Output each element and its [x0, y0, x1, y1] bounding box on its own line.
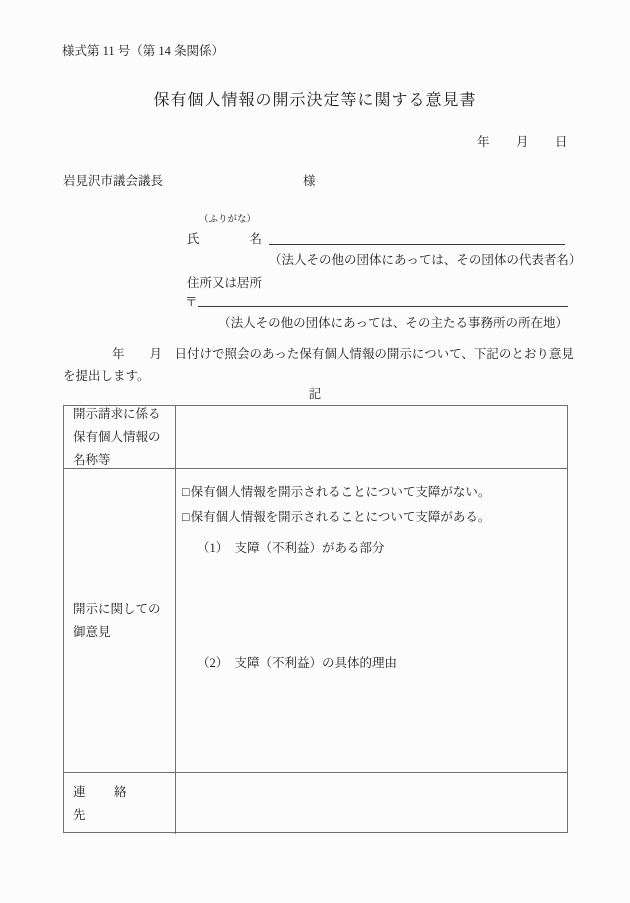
checkbox-objection-icon[interactable]: □: [182, 510, 190, 524]
statement-line2: を提出します。: [63, 366, 150, 384]
form-number: 様式第 11 号（第 14 条関係）: [62, 41, 224, 59]
name-label: 氏 名: [187, 229, 262, 247]
record-heading: 記: [0, 384, 630, 402]
name-note: （法人その他の団体にあっては、その団体の代表者名）: [269, 250, 581, 268]
checkbox-no-objection-icon[interactable]: □: [182, 485, 190, 499]
option-objection-label: 保有個人情報を開示されることについて支障がある。: [191, 510, 491, 524]
requested-info-input-cell[interactable]: [176, 406, 567, 469]
address-input-line[interactable]: [198, 293, 568, 307]
objection-part-heading: （1） 支障（不利益）がある部分: [197, 538, 385, 556]
option-no-objection-row: □保有個人情報を開示されることについて支障がない。: [182, 482, 490, 500]
statement-line1: 年 月 日付けで照会のあった保有個人情報の開示について、下記のとおり意見: [112, 344, 574, 362]
addressee-honorific: 様: [303, 171, 316, 189]
date-placeholder: 年 月 日: [477, 132, 568, 150]
opinion-content-cell: □保有個人情報を開示されることについて支障がない。 □保有個人情報を開示されるこ…: [176, 469, 567, 773]
address-label: 住所又は居所: [187, 273, 262, 291]
row-label-contact: 連 絡 先: [64, 773, 176, 834]
postal-mark: 〒: [185, 292, 198, 310]
page-title: 保有個人情報の開示決定等に関する意見書: [0, 87, 630, 110]
option-objection-row: □保有個人情報を開示されることについて支障がある。: [182, 507, 490, 525]
row-label-requested-info: 開示請求に係る保有個人情報の名称等: [64, 406, 176, 469]
contact-input-cell[interactable]: [176, 773, 567, 834]
name-input-line[interactable]: [269, 231, 565, 245]
row-label-opinion: 開示に関しての御意見: [64, 469, 176, 773]
addressee-row: 岩見沢市議会議長 様: [63, 171, 163, 189]
address-note: （法人その他の団体にあっては、その主たる事務所の所在地）: [218, 313, 568, 331]
addressee-name: 岩見沢市議会議長: [63, 174, 163, 188]
objection-reason-heading: （2） 支障（不利益）の具体的理由: [197, 653, 397, 671]
option-no-objection-label: 保有個人情報を開示されることについて支障がない。: [191, 485, 491, 499]
form-table: 開示請求に係る保有個人情報の名称等 開示に関しての御意見 □保有個人情報を開示さ…: [63, 405, 568, 833]
furigana-label: （ふりがな）: [199, 211, 256, 225]
opinion-form-document: 様式第 11 号（第 14 条関係） 保有個人情報の開示決定等に関する意見書 年…: [0, 0, 630, 903]
